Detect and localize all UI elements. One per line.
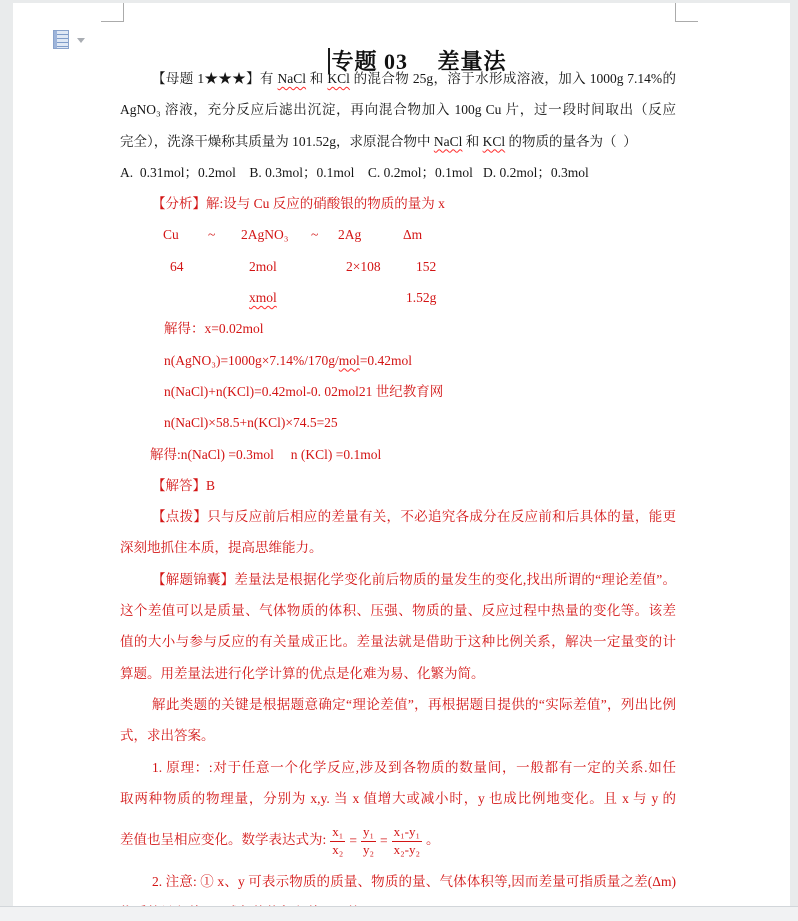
text-segment: 2mol: [249, 251, 277, 282]
text-segment: NaCl: [278, 71, 307, 86]
text-segment: n(NaCl)+n(KCl)=0.42mol-0. 02mol21 世纪教育网: [164, 384, 443, 399]
problem-line-1: 【母题 1★★★】有 NaCl 和 KCl 的混合物 25g，溶于水形成溶液，加…: [120, 63, 676, 94]
principle-line-2: 取两种物质的物理量，分别为 x,y. 当 x 值增大或减小时，y 也成比例地变化…: [120, 783, 676, 814]
document-body: 【母题 1★★★】有 NaCl 和 KCl 的混合物 25g，溶于水形成溶液，加…: [120, 63, 676, 906]
fraction: x₁x₂: [330, 824, 345, 858]
formula-line: 差值也呈相应变化。数学表达式为:x₁x₂=y₁y₂=x₁-y₁x₂-y₂。: [120, 814, 676, 866]
text-segment: 。: [426, 832, 440, 847]
solution-line-1: 解得：x=0.02mol: [120, 313, 676, 344]
text-segment: 和: [306, 71, 327, 86]
text-segment: 2Ag: [338, 219, 361, 250]
text-segment: 完全），洗涤干燥称其质量为 101.52g，求原混合物中: [120, 134, 434, 149]
text-segment: 深刻地抓住本质，提高思维能力。: [120, 540, 323, 555]
text-segment: A. 0.31mol；0.2mol B. 0.3mol；0.1mol C. 0.…: [120, 165, 589, 180]
problem-line-3: 完全），洗涤干燥称其质量为 101.52g，求原混合物中 NaCl 和 KCl …: [120, 126, 676, 157]
paste-options-icon: [53, 30, 69, 49]
text-segment: 152: [416, 251, 436, 282]
text-segment: 解得:n(NaCl) =0.3mol n (KCl) =0.1mol: [150, 447, 381, 462]
text-segment: mol: [339, 353, 360, 368]
text-segment: 取两种物质的物理量，分别为 x,y. 当 x 值增大或减小时，y 也成比例地变化…: [120, 791, 676, 806]
answer-line: 【解答】B: [120, 470, 676, 501]
strategy-line-3: 值的大小与参与反应的有关量成正比。差量法就是借助于这种比例关系，解决一定量变的计: [120, 626, 676, 657]
text-segment: 【点拨】只与反应前后相应的差量有关，不必追究各成分在反应前和后具体的量，能更: [152, 509, 676, 524]
solution-line-5: 解得:n(NaCl) =0.3mol n (KCl) =0.1mol: [120, 439, 676, 470]
text-segment: 的物质的量各为（ ）: [505, 134, 637, 149]
text-segment: NaCl: [434, 134, 463, 149]
note-line-2: 物质的量之差(Δn)或气体体积之差(ΔV)等。: [120, 897, 676, 906]
key-line-1: 解此类题的关键是根据题意确定“理论差值”，再根据题目提供的“实际差值”，列出比例: [120, 689, 676, 720]
fraction: y₁y₂: [361, 824, 376, 858]
text-segment: n(AgNO₃)=1000g×7.14%/170g/: [164, 353, 339, 368]
text-segment: KCl: [483, 134, 506, 149]
tip-line-2: 深刻地抓住本质，提高思维能力。: [120, 532, 676, 563]
equation-row-3: xmol1.52g: [120, 282, 676, 313]
strategy-line-2: 这个差值可以是质量、气体物质的体积、压强、物质的量、反应过程中热量的变化等。该差: [120, 595, 676, 626]
equation-row-1: Cu~2AgNO₃~2AgΔm: [120, 219, 676, 250]
page-bottom-gutter: [0, 906, 798, 921]
text-segment: Cu: [163, 219, 179, 250]
solution-line-3: n(NaCl)+n(KCl)=0.42mol-0. 02mol21 世纪教育网: [120, 376, 676, 407]
note-line-1: 2. 注意: ① x、y 可表示物质的质量、物质的量、气体体积等,因而差量可指质…: [120, 866, 676, 897]
text-segment: 1.52g: [406, 282, 436, 313]
document-page: 专题 03 差量法 【母题 1★★★】有 NaCl 和 KCl 的混合物 25g…: [13, 3, 790, 906]
equation-row-2: 642mol2×108152: [120, 251, 676, 282]
strategy-line-1: 【解题锦囊】差量法是根据化学变化前后物质的量发生的变化,找出所谓的“理论差值”。: [120, 564, 676, 595]
text-segment: 【母题 1★★★】有: [152, 71, 278, 86]
text-segment: 【分析】解:设与 Cu 反应的硝酸银的物质的量为 x: [152, 196, 445, 211]
text-segment: 2AgNO₃: [241, 219, 288, 250]
text-segment: AgNO₃ 溶液，充分反应后滤出沉淀，再向混合物加入 100g Cu 片，过一段…: [120, 102, 676, 117]
text-segment: 值的大小与参与反应的有关量成正比。差量法就是借助于这种比例关系，解决一定量变的计: [120, 634, 676, 649]
document-canvas: 专题 03 差量法 【母题 1★★★】有 NaCl 和 KCl 的混合物 25g…: [0, 0, 798, 921]
text-segment: ~: [208, 219, 215, 250]
text-segment: =0.42mol: [360, 353, 412, 368]
fraction: x₁-y₁x₂-y₂: [392, 824, 422, 858]
text-segment: Δm: [403, 219, 422, 250]
text-segment: 2. 注意: ① x、y 可表示物质的质量、物质的量、气体体积等,因而差量可指质…: [152, 874, 676, 889]
text-segment: 【解题锦囊】差量法是根据化学变化前后物质的量发生的变化,找出所谓的“理论差值”。: [152, 572, 676, 587]
principle-line-1: 1. 原理：:对于任意一个化学反应,涉及到各物质的数量间，一般都有一定的关系.如…: [120, 752, 676, 783]
answer-choices: A. 0.31mol；0.2mol B. 0.3mol；0.1mol C. 0.…: [120, 157, 676, 188]
analysis-line: 【分析】解:设与 Cu 反应的硝酸银的物质的量为 x: [120, 188, 676, 219]
solution-line-2: n(AgNO₃)=1000g×7.14%/170g/mol=0.42mol: [120, 345, 676, 376]
text-segment: 的混合物 25g，溶于水形成溶液，加入 1000g 7.14%的: [350, 71, 676, 86]
equals-sign: =: [349, 815, 357, 867]
text-segment: 差值也呈相应变化。数学表达式为:: [120, 832, 326, 847]
text-segment: 2×108: [346, 251, 381, 282]
text-segment: 和: [462, 134, 482, 149]
text-segment: 【解答】B: [152, 478, 215, 493]
text-segment: 这个差值可以是质量、气体物质的体积、压强、物质的量、反应过程中热量的变化等。该差: [120, 603, 676, 618]
text-segment: KCl: [327, 71, 350, 86]
text-segment: 式，求出答案。: [120, 728, 215, 743]
text-segment: 解此类题的关键是根据题意确定“理论差值”，再根据题目提供的“实际差值”，列出比例: [152, 697, 676, 712]
equals-sign: =: [380, 815, 388, 867]
chevron-down-icon: [77, 38, 85, 43]
paste-options-button[interactable]: [53, 28, 97, 52]
text-segment: 64: [170, 251, 184, 282]
text-segment: 1. 原理：:对于任意一个化学反应,涉及到各物质的数量间，一般都有一定的关系.如…: [152, 760, 676, 775]
problem-line-2: AgNO₃ 溶液，充分反应后滤出沉淀，再向混合物加入 100g Cu 片，过一段…: [120, 94, 676, 125]
text-segment: 解得：x=0.02mol: [164, 321, 264, 336]
text-segment: ~: [311, 219, 318, 250]
key-line-2: 式，求出答案。: [120, 720, 676, 751]
margin-corner-mark-right-icon: [675, 3, 698, 22]
solution-line-4: n(NaCl)×58.5+n(KCl)×74.5=25: [120, 407, 676, 438]
tip-line-1: 【点拨】只与反应前后相应的差量有关，不必追究各成分在反应前和后具体的量，能更: [120, 501, 676, 532]
text-segment: n(NaCl)×58.5+n(KCl)×74.5=25: [164, 415, 338, 430]
strategy-line-4: 算题。用差量法进行化学计算的优点是化难为易、化繁为简。: [120, 658, 676, 689]
text-segment: xmol: [249, 282, 277, 313]
text-segment: 算题。用差量法进行化学计算的优点是化难为易、化繁为简。: [120, 666, 485, 681]
